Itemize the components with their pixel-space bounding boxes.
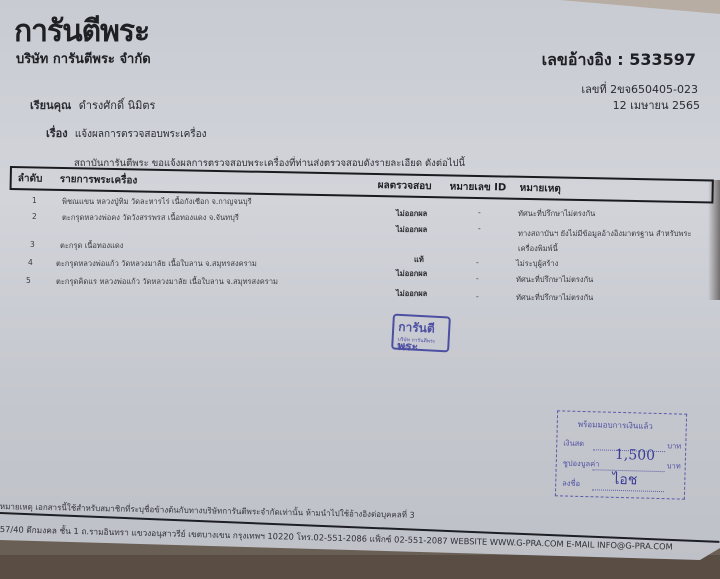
header-index: ลำดับ (18, 171, 43, 186)
reference-number: เลขอ้างอิง : 533597 (542, 48, 696, 73)
payment-stamp-box: พร้อมมอบการเงินแล้ว เงินสด บาท ชูปองบูลค… (555, 410, 687, 499)
table-row: 3 ตะกรุด เนื้อทองแดง แท้ - ไม่ระบุผู้สร้… (0, 240, 720, 256)
header-result: ผลตรวจสอบ (378, 178, 432, 194)
row-result: ไม่ออกผล (396, 288, 427, 300)
row-result: ไม่ออกผล (396, 224, 427, 236)
header-item: รายการพระเครื่อง (60, 172, 138, 188)
table-row: 1 พิชณแขน หลวงปู่ทิม วัดละหารไร่ เนื้อกั… (0, 196, 720, 212)
row-item: ตะกรุดหลวงพ่อแก้ว วัดหลวงมาลัย เนื้อใบลา… (56, 258, 257, 270)
company-stamp: การันตีพระ บริษัท การันตีพระ จำกัด (391, 314, 451, 353)
row-id: - (478, 224, 481, 233)
row-index: 1 (32, 196, 37, 205)
table-row: 5 ตะกรุดคิดแร หลวงพ่อแก้ว วัดหลวงมาลัย เ… (0, 276, 720, 292)
row-id: - (476, 292, 479, 301)
recipient-name: ดำรงศักดิ์ นิมิตร (79, 99, 156, 112)
row-index: 3 (30, 240, 35, 249)
header-id: หมายเลข ID (450, 179, 507, 195)
table-row: 4 ตะกรุดหลวงพ่อแก้ว วัดหลวงมาลัย เนื้อใบ… (0, 258, 720, 274)
coupon-amount-handwritten: 1,500 (615, 447, 655, 464)
row-index: 2 (32, 212, 37, 221)
signature-label: ลงชื่อ (562, 478, 580, 487)
row-item: พิชณแขน หลวงปู่ทิม วัดละหารไร่ เนื้อกังเ… (62, 196, 252, 208)
coupon-label: ชูปองบูลค่า (563, 458, 600, 468)
document-page: การันตีพระ บริษัท การันตีพระ จำกัด เลขอ้… (0, 0, 720, 562)
subject-label: เรื่อง (46, 127, 68, 140)
row-item: ตะกรุดคิดแร หลวงพ่อแก้ว วัดหลวงมาลัย เนื… (56, 276, 278, 288)
row-item: ตะกรุดหลวงพ่อคง วัดวังสรรพรส เนื้อทองแดง… (62, 212, 239, 224)
subject-line: เรื่อง แจ้งผลการตรวจสอบพระเครื่อง (46, 124, 207, 142)
row-item: ตะกรุด เนื้อทองแดง (60, 240, 123, 252)
salutation-label: เรียนคุณ (30, 99, 71, 112)
company-name: บริษัท การันตีพระ จำกัด (16, 48, 151, 69)
subject-text: แจ้งผลการตรวจสอบพระเครื่อง (75, 129, 207, 140)
stamp-subtitle: บริษัท การันตีพระ จำกัด (397, 336, 448, 355)
background-surface-bottom (0, 555, 720, 579)
payment-stamp-title: พร้อมมอบการเงินแล้ว (578, 418, 653, 433)
coupon-unit: บาท (667, 460, 681, 472)
header-remark: หมายเหตุ (520, 181, 561, 197)
table-row: 2 ตะกรุดหลวงพ่อคง วัดวังสรรพรส เนื้อทองแ… (0, 212, 720, 228)
row-index: 4 (28, 258, 33, 267)
row-index: 5 (26, 276, 31, 285)
footer-note: หมายเหตุ เอกสารนี้ใช้สำหรับสมาชิกที่ระบุ… (0, 500, 415, 522)
row-remark: ทัศนะที่ปรึกษาไม่ตรงกัน (516, 292, 593, 304)
salutation: เรียนคุณ ดำรงศักดิ์ นิมิตร (30, 96, 155, 114)
document-date: 12 เมษายน 2565 (613, 96, 700, 114)
signature-handwritten: ไอช (612, 469, 638, 492)
cash-unit: บาท (667, 440, 681, 452)
row-remark: ทางสถาบันฯ ยังไม่มีข้อมูลอ้างอิงมาตรฐาน … (518, 228, 692, 240)
cash-label: เงินสด (563, 438, 584, 448)
